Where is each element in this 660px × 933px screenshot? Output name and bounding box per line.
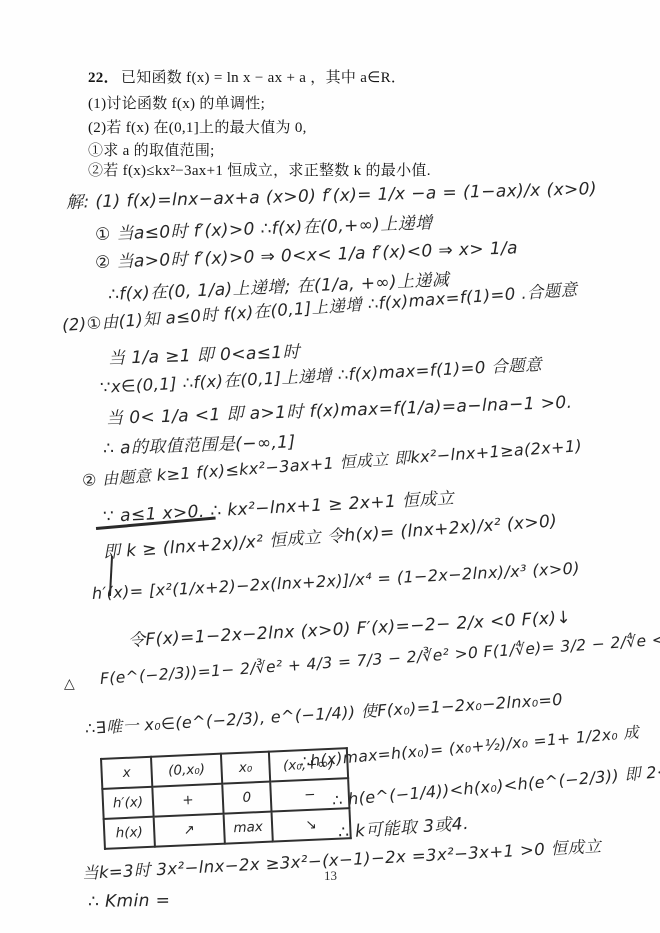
table-cell: 0 [222,782,271,814]
table-cell: − [270,778,349,811]
page-number: 13 [324,868,337,884]
problem-line: ②若 f(x)≤kx²−3ax+1 恒成立，求正整数 k 的最小值. [88,159,431,180]
table-cell: ↗ [154,814,225,847]
table-cell: x₀ [221,752,270,784]
table-cell: h(x) [104,817,155,849]
handwritten-line: ∴ Kmin = [88,891,171,912]
handwritten-line: h′(x)= [x²(1/x+2)−2x(lnx+2x)]/x⁴ = (1−2x… [92,558,581,603]
handwritten-line: ∴ k可能取 3或4. [337,809,469,843]
problem-line: (2)若 f(x) 在(0,1]上的最大值为 0, [88,116,307,137]
problem-number: 22． [88,70,119,86]
monotonicity-table: x (0,x₀) x₀ (x₀,+∞) h′(x) + 0 − h(x) ↗ m… [100,747,352,850]
table-cell: (0,x₀) [151,754,222,787]
margin-triangle-mark: △ [64,676,75,692]
problem-text: 已知函数 f(x) = ln x − ax + a ，其中 a∈R． [121,70,406,86]
problem-line: (1)讨论函数 f(x) 的单调性; [88,92,265,113]
exam-page: 22．已知函数 f(x) = ln x − ax + a ，其中 a∈R． (1… [0,0,660,933]
handwritten-line: ∴∃唯一 x₀∈(e^(−2/3), e^(−1/4)) 使F(x₀)=1−2x… [84,687,563,739]
table-cell: x [101,757,152,789]
table-cell: ↘ [271,808,350,841]
table-cell: max [224,812,273,844]
problem-line: 22．已知函数 f(x) = ln x − ax + a ，其中 a∈R． [88,66,406,87]
table-cell: + [152,784,223,817]
table-cell: h′(x) [102,787,153,819]
handwritten-line: ∴h(x)max=h(x₀)= (x₀+½)/x₀ =1+ 1/2x₀ 成 [299,720,640,772]
table-cell: (x₀,+∞) [269,748,348,781]
problem-line: ①求 a 的取值范围; [88,139,215,160]
